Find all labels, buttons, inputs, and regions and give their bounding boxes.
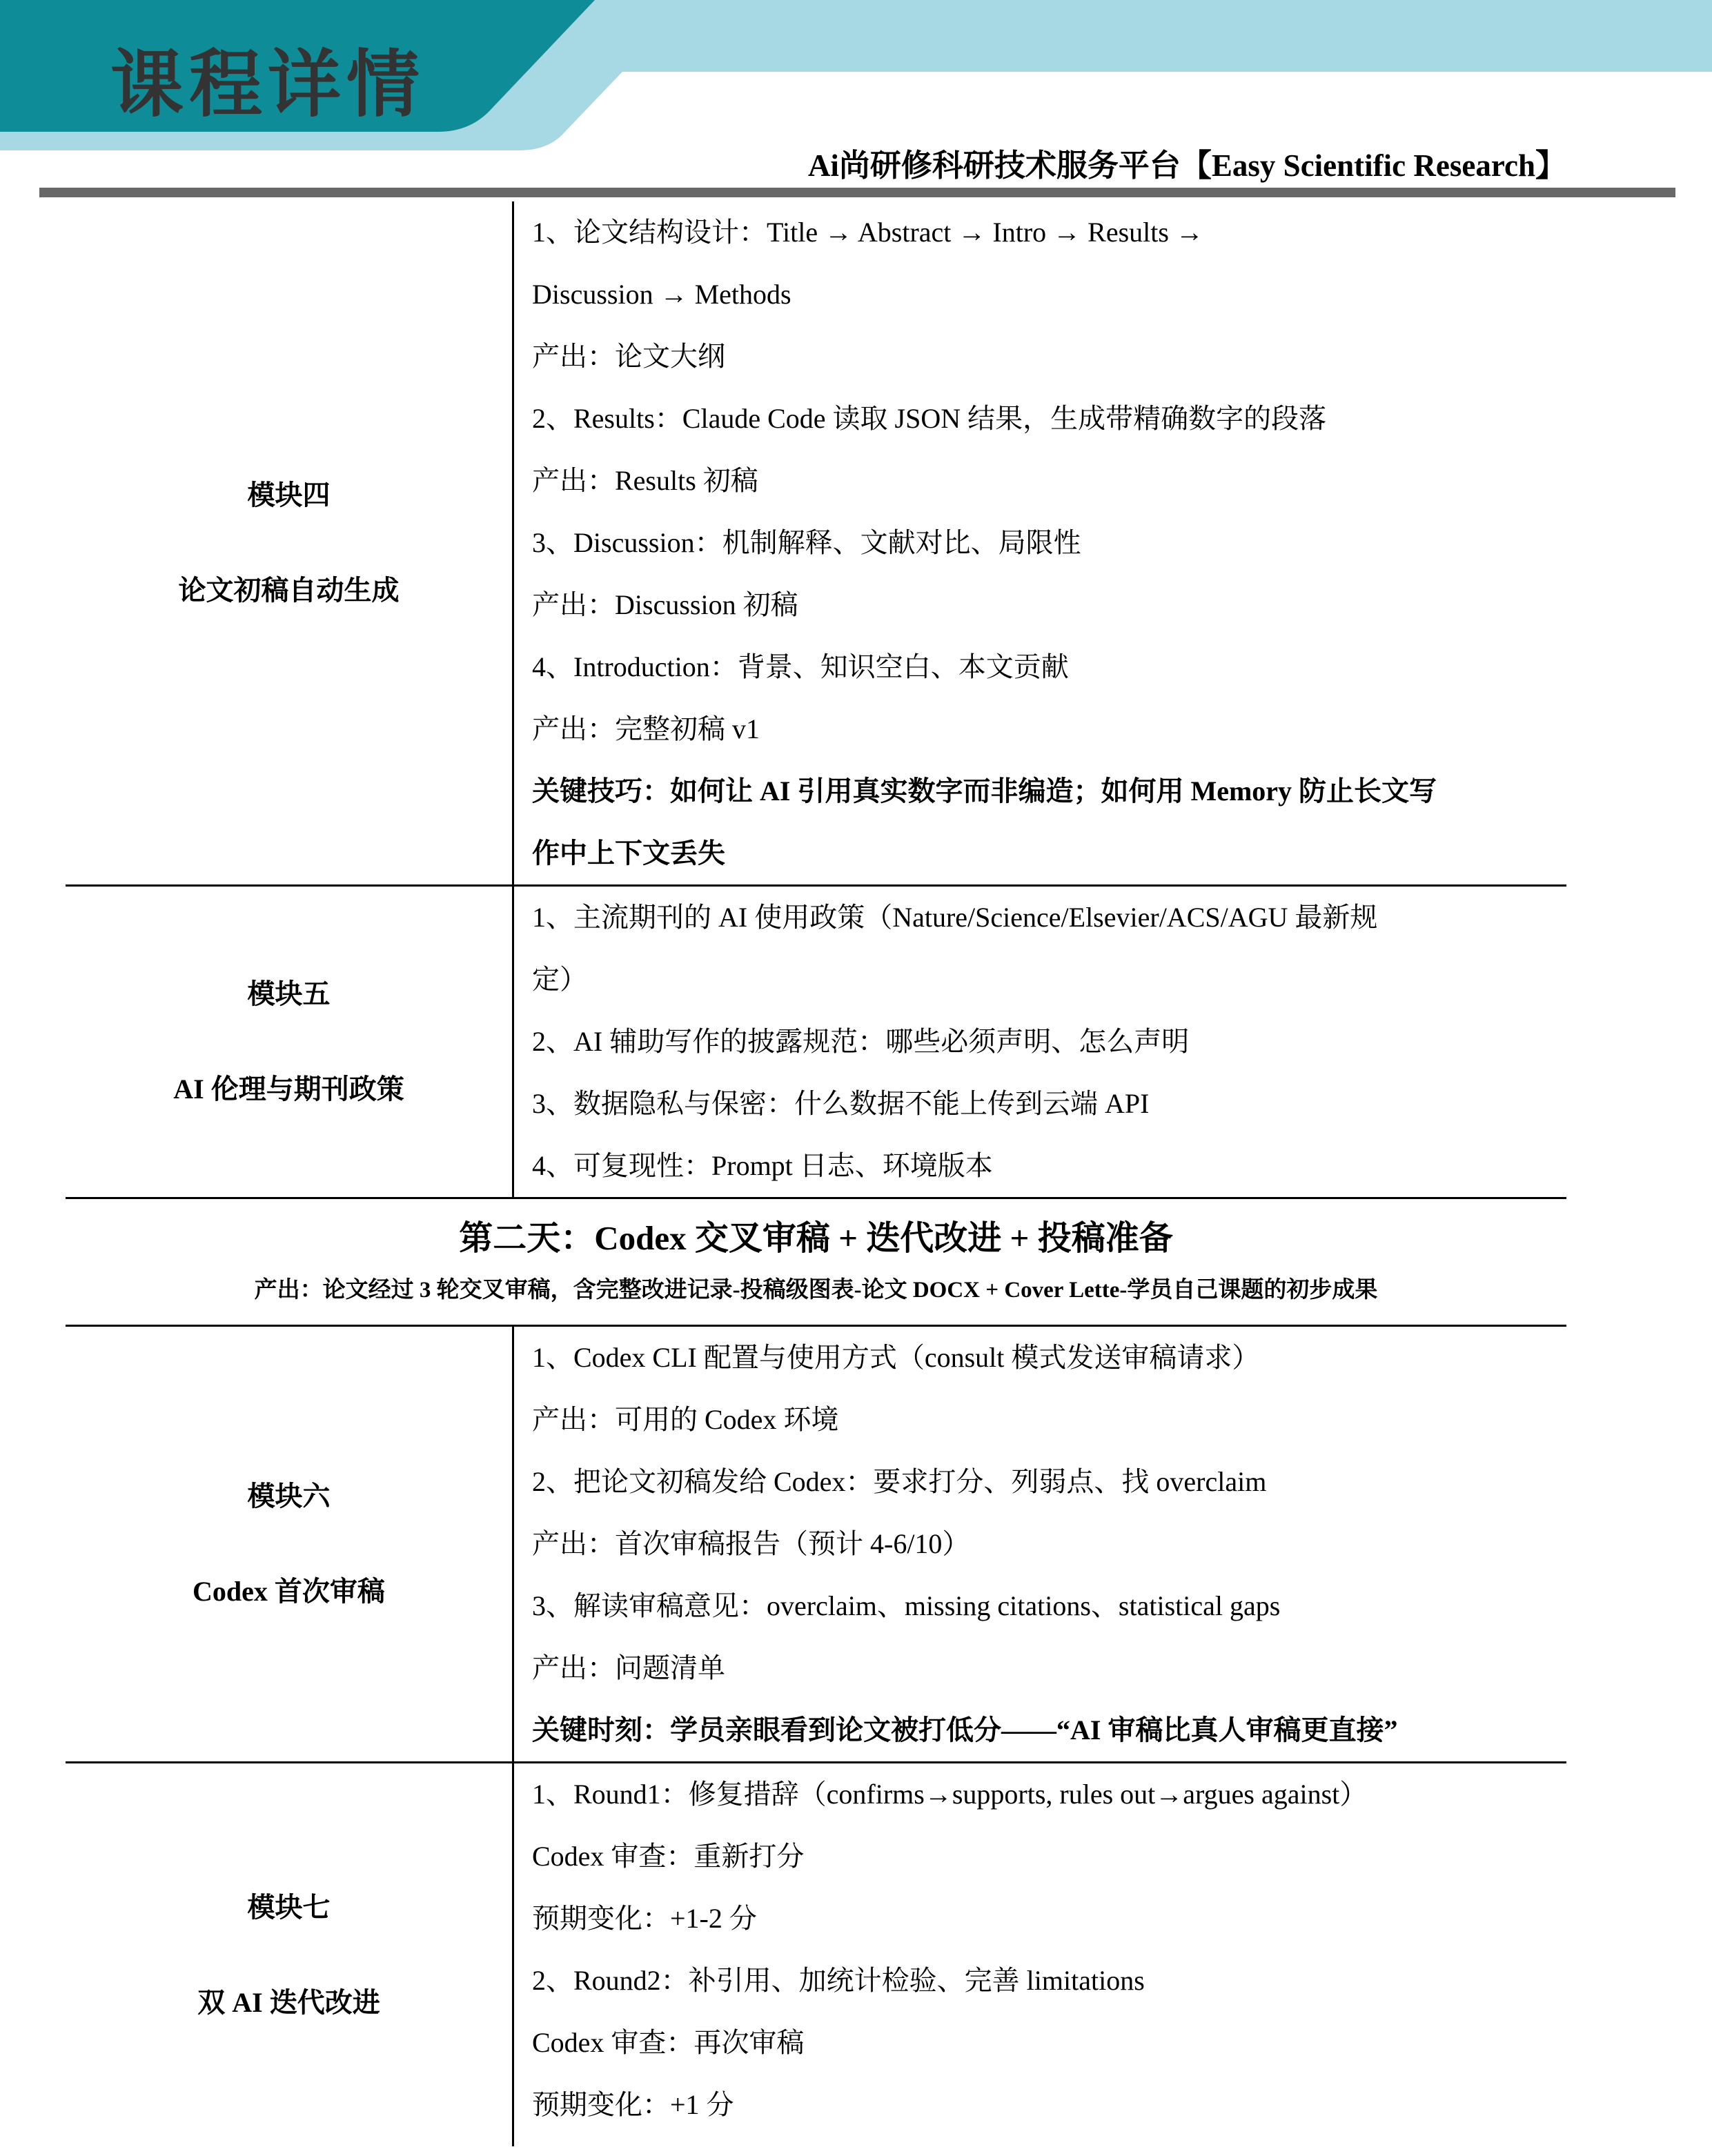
modules-day1: 模块四论文初稿自动生成1、论文结构设计：Title → Abstract → I…	[66, 201, 1566, 1199]
content-line: 3、解读审稿意见：overclaim、missing citations、sta…	[532, 1575, 1566, 1637]
content-line: 产出：Discussion 初稿	[532, 574, 1566, 636]
module-4-row: 模块四论文初稿自动生成1、论文结构设计：Title → Abstract → I…	[66, 201, 1566, 887]
module-4-name: 模块四	[248, 479, 331, 512]
content-line: 3、数据隐私与保密：什么数据不能上传到云端 API	[532, 1073, 1566, 1135]
module-5-row: 模块五AI 伦理与期刊政策1、主流期刊的 AI 使用政策（Nature/Scie…	[66, 887, 1566, 1199]
module-5-content-cell: 1、主流期刊的 AI 使用政策（Nature/Science/Elsevier/…	[514, 887, 1566, 1197]
content-line: 产出：首次审稿报告（预计 4-6/10）	[532, 1513, 1566, 1575]
content-line: 产出：可用的 Codex 环境	[532, 1389, 1566, 1451]
content-line: 1、Codex CLI 配置与使用方式（consult 模式发送审稿请求）	[532, 1327, 1566, 1389]
content-line: Codex 审查：重新打分	[532, 1826, 1566, 1888]
content-line: 3、Discussion：机制解释、文献对比、局限性	[532, 512, 1566, 574]
content-line: 关键技巧：如何让 AI 引用真实数字而非编造；如何用 Memory 防止长文写	[532, 760, 1566, 822]
content-line: 定）	[532, 949, 1566, 1011]
module-7-row: 模块七双 AI 迭代改进1、Round1：修复措辞（confirms→suppo…	[66, 1763, 1566, 2146]
content-line: 1、论文结构设计：Title → Abstract → Intro → Resu…	[532, 201, 1566, 264]
module-6-label-cell: 模块六Codex 首次审稿	[66, 1327, 514, 1761]
module-6-content-cell: 1、Codex CLI 配置与使用方式（consult 模式发送审稿请求）产出：…	[514, 1327, 1566, 1761]
module-7-subtitle: 双 AI 迭代改进	[197, 1986, 380, 2019]
module-7-label-cell: 模块七双 AI 迭代改进	[66, 1763, 514, 2146]
content-line: 产出：论文大纲	[532, 326, 1566, 388]
course-table: 模块四论文初稿自动生成1、论文结构设计：Title → Abstract → I…	[66, 201, 1566, 2146]
content-line: 1、Round1：修复措辞（confirms→supports, rules o…	[532, 1763, 1566, 1826]
module-6-subtitle: Codex 首次审稿	[193, 1575, 385, 1608]
content-line: 产出：问题清单	[532, 1637, 1566, 1699]
content-line: 4、可复现性：Prompt 日志、环境版本	[532, 1135, 1566, 1197]
content-line: 产出：完整初稿 v1	[532, 698, 1566, 760]
platform-title: Ai尚研修科研技术服务平台【Easy Scientific Research】	[66, 140, 1566, 185]
content-line: 2、Round2：补引用、加统计检验、完善 limitations	[532, 1950, 1566, 2012]
document-page: 课程详情 Ai尚研修科研技术服务平台【Easy Scientific Resea…	[0, 0, 1712, 2156]
content-line: 2、把论文初稿发给 Codex：要求打分、列弱点、找 overclaim	[532, 1451, 1566, 1513]
module-6-name: 模块六	[248, 1480, 331, 1513]
module-5-subtitle: AI 伦理与期刊政策	[173, 1073, 404, 1106]
content-line: 2、AI 辅助写作的披露规范：哪些必须声明、怎么声明	[532, 1011, 1566, 1073]
day2-section-header: 第二天：Codex 交叉审稿 + 迭代改进 + 投稿准备 产出：论文经过 3 轮…	[66, 1199, 1566, 1327]
module-6-row: 模块六Codex 首次审稿1、Codex CLI 配置与使用方式（consult…	[66, 1327, 1566, 1763]
module-7-content-cell: 1、Round1：修复措辞（confirms→supports, rules o…	[514, 1763, 1566, 2146]
day2-title: 第二天：Codex 交叉审稿 + 迭代改进 + 投稿准备	[66, 1209, 1566, 1268]
module-5-label-cell: 模块五AI 伦理与期刊政策	[66, 887, 514, 1197]
module-4-content-cell: 1、论文结构设计：Title → Abstract → Intro → Resu…	[514, 201, 1566, 884]
content-line: 预期变化：+1-2 分	[532, 1888, 1566, 1950]
content-line: 预期变化：+1 分	[532, 2074, 1566, 2136]
content-line: 关键时刻：学员亲眼看到论文被打低分——“AI 审稿比真人审稿更直接”	[532, 1699, 1566, 1761]
content-line: 4、Introduction：背景、知识空白、本文贡献	[532, 636, 1566, 698]
content-line: Codex 审查：再次审稿	[532, 2012, 1566, 2074]
content-line: 作中上下文丢失	[532, 822, 1566, 884]
content-line: 1、主流期刊的 AI 使用政策（Nature/Science/Elsevier/…	[532, 887, 1566, 949]
module-4-label-cell: 模块四论文初稿自动生成	[66, 201, 514, 884]
module-7-name: 模块七	[248, 1891, 331, 1924]
content-line: Discussion → Methods	[532, 264, 1566, 326]
module-4-subtitle: 论文初稿自动生成	[179, 574, 400, 607]
modules-day2: 模块六Codex 首次审稿1、Codex CLI 配置与使用方式（consult…	[66, 1327, 1566, 2146]
content-line: 产出：Results 初稿	[532, 450, 1566, 512]
module-5-name: 模块五	[248, 978, 331, 1011]
content-line: 2、Results：Claude Code 读取 JSON 结果，生成带精确数字…	[532, 388, 1566, 450]
day2-subtitle: 产出：论文经过 3 轮交叉审稿，含完整改进记录-投稿级图表-论文 DOCX + …	[66, 1268, 1566, 1312]
page-title: 课程详情	[110, 26, 425, 131]
horizontal-rule	[39, 188, 1675, 197]
